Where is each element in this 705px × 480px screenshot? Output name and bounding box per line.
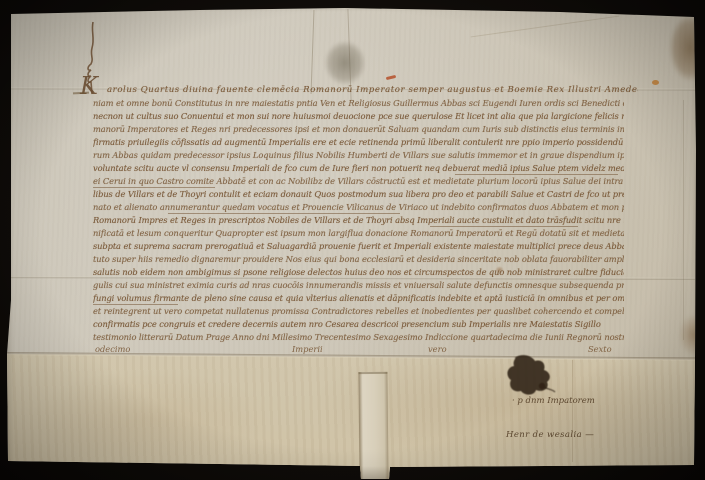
chancery-note-per-dominum: · p dnm Impatorem (512, 396, 595, 406)
charter-line: rum Abbas quidam predecessor ipsius Loqu… (93, 150, 624, 163)
seal-tag (358, 372, 388, 480)
dateline-fragment: Sexto (588, 344, 612, 354)
charter-line: nificatā et lesum conqueritur Quapropter… (93, 228, 624, 241)
dateline-fragment: Imperii (292, 344, 323, 354)
ink-blot (498, 350, 568, 400)
charter-line: manorū Imperatores et Reges nri predeces… (93, 124, 624, 137)
ink-underline (168, 213, 400, 214)
parchment-sheet: K arolus Quartus diuina fauente clemēcia… (0, 0, 705, 480)
ink-underline (430, 226, 578, 227)
charter-line: arolus Quartus diuina fauente clemēcia R… (93, 85, 638, 98)
charter-line: salutis nob eidem non ambigimus si psone… (93, 267, 624, 280)
charter-line: firmatis priuilegiis cōfissatis ad augme… (93, 137, 624, 150)
charter-line: testimonio litterarū Datum Prage Anno dn… (93, 332, 624, 345)
ink-underline (93, 304, 178, 305)
charter-line: libus de Villars et de Thoyri contulit e… (93, 189, 624, 202)
charter-line: subpta et suprema sacram prerogatiuā et … (93, 241, 624, 254)
ink-underline (93, 187, 215, 188)
charter-line: niam et omne bonū Constitutus in nre mai… (93, 98, 624, 111)
charter-line: et reintegrent ut vero competat nullaten… (93, 306, 624, 319)
ink-underline (455, 174, 618, 175)
photo-background: K arolus Quartus diuina fauente clemēcia… (0, 0, 705, 480)
dateline-fragment: vero (428, 344, 447, 354)
charter-line: confirmatis pce congruis et credere dece… (93, 319, 624, 332)
charter-line: tuto super hiis remedio dignaremur proui… (93, 254, 624, 267)
charter-line: gulis cui sua ministret eximia curis ad … (93, 280, 624, 293)
charter-line: necnon ut cultus suo Conuentui et mon su… (93, 111, 624, 124)
chancery-note-scribe: Henr de wesalia — (506, 430, 594, 440)
